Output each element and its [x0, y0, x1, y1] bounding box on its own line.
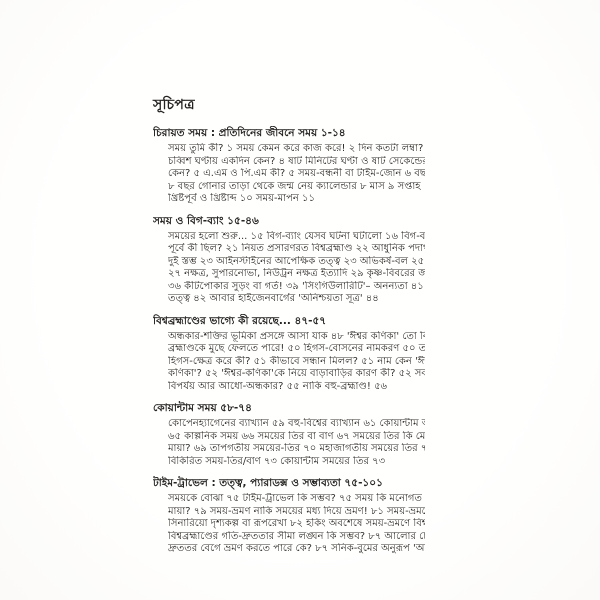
toc-section: বিশ্বব্রহ্মাণ্ডের ভাগ্যে কী রয়েছে... ৪৭… — [153, 314, 425, 394]
toc-line: সময়ের হলো শুরু... ১৫ বিগ-ব্যাং যেসব ঘটন… — [168, 231, 425, 244]
toc-line: সময়কে বোঝা ৭৫ টাইম-ট্রাভেল কি সম্ভব? ৭৫… — [168, 493, 425, 506]
toc-line: ৩৬ কীটপোকার সুড়ং বা গর্ত! ৩৯ 'সিংগিউলার… — [168, 281, 425, 294]
toc-line: ৮ বছর গোনার তাড়া থেকে জন্ম নেয় ক্যালেন… — [168, 181, 425, 194]
toc-line: চব্বিশ ঘণ্টায় একদিন কেন? ৪ ষাট মিনিটের … — [168, 156, 425, 169]
section-heading: টাইম-ট্রাভেল : তত্ত্ব, প্যারাডক্স ও সম্ভ… — [153, 476, 425, 490]
toc-line: ব্রহ্মাণ্ডকে মুছে ফেলতে পারে! ৫০ হিগস-বো… — [168, 343, 425, 356]
section-heading: সময় ও বিগ-ব্যাং ১৫-৪৬ — [153, 214, 425, 228]
toc-line: কেন? ৫ এ.এম ও পি.এম কী? ৫ সময়-বন্ধনী বা… — [168, 168, 425, 181]
toc-line: অন্ধকার-শক্তির ভূমিকা প্রসঙ্গে আসা যাক ৪… — [168, 331, 425, 344]
section-body: অন্ধকার-শক্তির ভূমিকা প্রসঙ্গে আসা যাক ৪… — [153, 331, 425, 394]
toc-line: ২৭ নক্ষত্র, সুপারনোভা, নিউট্রন নক্ষত্র ই… — [168, 268, 425, 281]
book-page: সূচিপত্র চিরায়ত সময় : প্রতিদিনের জীবনে… — [0, 0, 600, 600]
section-body: সময়কে বোঝা ৭৫ টাইম-ট্রাভেল কি সম্ভব? ৭৫… — [153, 493, 425, 556]
toc-section: সময় ও বিগ-ব্যাং ১৫-৪৬ সময়ের হলো শুরু..… — [153, 214, 425, 306]
section-heading: কোয়ান্টাম সময় ৫৮-৭৪ — [153, 401, 425, 415]
section-body: কোপেনহ্যাগেনের ব্যাখ্যান ৫৯ বহু-বিশ্বের … — [153, 418, 425, 468]
toc-line: মায়া? ৭৯ সময়-ভ্রমণ নাকি সময়ের মধ্য দি… — [168, 506, 425, 519]
toc-content: সূচিপত্র চিরায়ত সময় : প্রতিদিনের জীবনে… — [153, 96, 425, 556]
toc-line: তত্ত্ব ৪২ আবার হাইজেনবার্গের 'অনিশ্চয়তা… — [168, 293, 425, 306]
toc-line: কণিকা'? ৫২ 'ঈশ্বর-কণিকা'কে নিয়ে বাড়াবা… — [168, 368, 425, 381]
toc-line: ৬৫ কাল্পনিক সময় ৬৬ সময়ের তির বা বাণ ৬৭… — [168, 431, 425, 444]
toc-line: দুই স্তম্ভ ২৩ আইনস্টাইনের আপেক্ষিক তত্ত্… — [168, 256, 425, 269]
page-title: সূচিপত্র — [153, 96, 425, 114]
toc-section: চিরায়ত সময় : প্রতিদিনের জীবনে সময় ১-১… — [153, 126, 425, 206]
toc-line: মায়া? ৬৯ তাপগতীয় সময়ের-তির ৭০ মহাজাগত… — [168, 443, 425, 456]
toc-line: খ্রিষ্টপূর্ব ও খ্রিষ্টাব্দ ১০ সময়-মাপন … — [168, 193, 425, 206]
toc-line: হিগস-ক্ষেত্র করে কী? ৫১ কীভাবে সন্ধান মি… — [168, 356, 425, 369]
toc-line: সিনারিয়ো দৃশ্যকল্প বা রূপরেখা ৮২ হকিং অ… — [168, 518, 425, 531]
toc-line: কোপেনহ্যাগেনের ব্যাখ্যান ৫৯ বহু-বিশ্বের … — [168, 418, 425, 431]
section-body: সময় তুমি কী? ১ সময় কেমন করে কাজ করে! ২… — [153, 143, 425, 206]
toc-line: দ্রুততর বেগে ভ্রমণ করতে পারে কে? ৮৭ সনিক… — [168, 543, 425, 556]
toc-line: সময় তুমি কী? ১ সময় কেমন করে কাজ করে! ২… — [168, 143, 425, 156]
toc-line: বিকিরিত সময়-তির/বাণ ৭৩ কোয়ান্টাম সময়ে… — [168, 456, 425, 469]
toc-section: টাইম-ট্রাভেল : তত্ত্ব, প্যারাডক্স ও সম্ভ… — [153, 476, 425, 556]
section-heading: বিশ্বব্রহ্মাণ্ডের ভাগ্যে কী রয়েছে... ৪৭… — [153, 314, 425, 328]
section-body: সময়ের হলো শুরু... ১৫ বিগ-ব্যাং যেসব ঘটন… — [153, 231, 425, 306]
toc-section: কোয়ান্টাম সময় ৫৮-৭৪ কোপেনহ্যাগেনের ব্য… — [153, 401, 425, 468]
section-heading: চিরায়ত সময় : প্রতিদিনের জীবনে সময় ১-১… — [153, 126, 425, 140]
toc-line: বিশ্বব্রহ্মাণ্ডের গতি-দ্রুততার সীমা লঙ্ঘ… — [168, 531, 425, 544]
toc-sections: চিরায়ত সময় : প্রতিদিনের জীবনে সময় ১-১… — [153, 126, 425, 556]
toc-line: পূর্বে কী ছিল? ২১ নিয়ত প্রসারণরত বিশ্বব… — [168, 243, 425, 256]
toc-line: বিপর্যয় আর আধো-অন্ধকার? ৫৫ নাকি বহু-ব্র… — [168, 381, 425, 394]
